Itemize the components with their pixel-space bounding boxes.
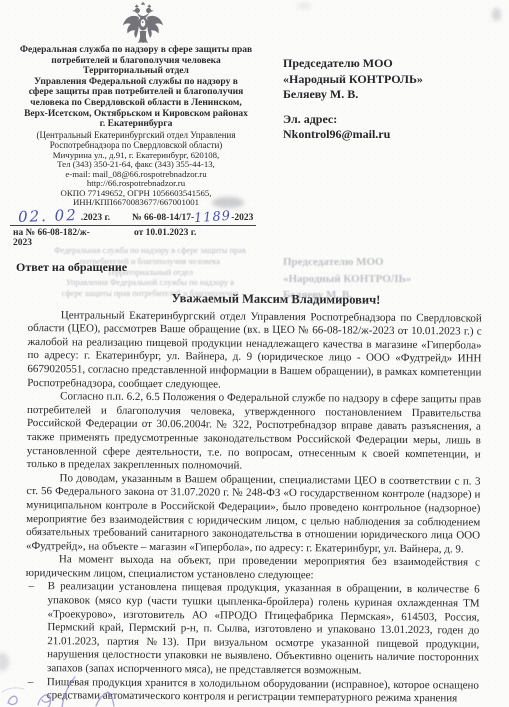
scan-smudge bbox=[212, 197, 244, 208]
scanned-letter-page: Федеральная служба по надзору в сфере за… bbox=[0, 0, 509, 707]
body-paragraph: На момент выхода на объект, при проведен… bbox=[26, 553, 480, 584]
letterhead-line: Федеральная служба по надзору в сфере за… bbox=[5, 45, 267, 56]
recipient-org: «Народный КОНТРОЛЬ» bbox=[283, 72, 493, 88]
ghost-line: Управления Федеральной службы по надзору… bbox=[28, 278, 272, 289]
ghost-line: «Народный КОНТРОЛЬ» bbox=[283, 271, 453, 288]
reference-row-date-number: 02. 02 .2023 г. № 66-08-14/17- 1189 -202… bbox=[10, 206, 256, 226]
letterhead-line: сфере защиты прав потребителей и благопо… bbox=[5, 87, 267, 98]
reference-block: 02. 02 .2023 г. № 66-08-14/17- 1189 -202… bbox=[10, 206, 256, 248]
letterhead-line: потребителей и благополучия человека bbox=[5, 56, 267, 67]
ghost-line: Председателю МОО bbox=[283, 254, 453, 271]
letterhead-line: (Центральный Екатеринбургский отдел Упра… bbox=[5, 130, 267, 140]
letterhead-line: г. Екатеринбурга bbox=[5, 119, 267, 130]
body-paragraph: Центральный Екатеринбургский отдел Управ… bbox=[27, 309, 482, 394]
incoming-ref-number-wrap: 2023 bbox=[10, 238, 256, 248]
letterhead-line: Управления Федеральной службы по надзору… bbox=[5, 77, 267, 88]
letter-subject: Ответ на обращение bbox=[16, 260, 127, 275]
recipient-title: Председателю МОО bbox=[283, 56, 493, 72]
letterhead-org-block: Федеральная служба по надзору в сфере за… bbox=[5, 45, 267, 130]
scan-smudge bbox=[0, 653, 9, 671]
bullet-dash: – bbox=[25, 580, 48, 675]
recipient-email-block: Эл. адрес: Nkontrol96@mail.ru bbox=[283, 112, 493, 143]
bullet-item: – В реализации установлена пищевая проду… bbox=[25, 580, 480, 679]
letterhead-line: Территориальный отдел bbox=[5, 66, 267, 77]
letterhead-line: Роспотребнадзора по Свердловской области… bbox=[5, 140, 267, 150]
handwritten-pen-marks bbox=[0, 672, 509, 707]
recipient-email-label: Эл. адрес: bbox=[283, 112, 493, 128]
double-headed-eagle-icon bbox=[119, 2, 167, 45]
handwritten-outgoing-date: 02. 02 bbox=[18, 206, 78, 226]
scan-smudge bbox=[492, 8, 501, 21]
scan-smudge bbox=[297, 3, 311, 9]
reference-row-incoming: на № 66-08-182/ж- от 10.01.2023 г. bbox=[10, 228, 256, 238]
salutation: Уважаемый Максим Владимирович! bbox=[70, 291, 482, 308]
outgoing-date-printed: .2023 г. bbox=[81, 213, 110, 223]
body-paragraph: По доводам, указанным в Вашем обращении,… bbox=[26, 472, 481, 557]
outgoing-number-suffix: -2023 bbox=[231, 213, 253, 223]
recipient-name: Беляеву М. В. bbox=[283, 87, 493, 103]
coat-of-arms-icon bbox=[119, 2, 167, 45]
outgoing-number-prefix: № 66-08-14/17- bbox=[132, 213, 194, 223]
recipient-block: Председателю МОО «Народный КОНТРОЛЬ» Бел… bbox=[283, 56, 493, 143]
letterhead-department-block: (Центральный Екатеринбургский отдел Упра… bbox=[5, 130, 267, 150]
outgoing-number-group: № 66-08-14/17- 1189 -2023 bbox=[132, 209, 253, 224]
bullet-text: В реализации установлена пищевая продукц… bbox=[47, 581, 480, 680]
body-paragraph: Согласно п.п. 6.2, 6.5 Положения о Федер… bbox=[27, 390, 482, 475]
letter-body: Уважаемый Максим Владимирович! Центральн… bbox=[25, 291, 482, 706]
handwritten-outgoing-number: 1189 bbox=[194, 209, 232, 227]
letterhead-line: человека по Свердловской области в Ленин… bbox=[5, 98, 267, 109]
letterhead-line: Верх-Исетском, Октябрьском и Кировском р… bbox=[5, 109, 267, 120]
incoming-ref-number: на № 66-08-182/ж- bbox=[13, 228, 134, 238]
incoming-date: от 10.01.2023 г. bbox=[134, 228, 196, 238]
recipient-email: Nkontrol96@mail.ru bbox=[283, 127, 493, 143]
